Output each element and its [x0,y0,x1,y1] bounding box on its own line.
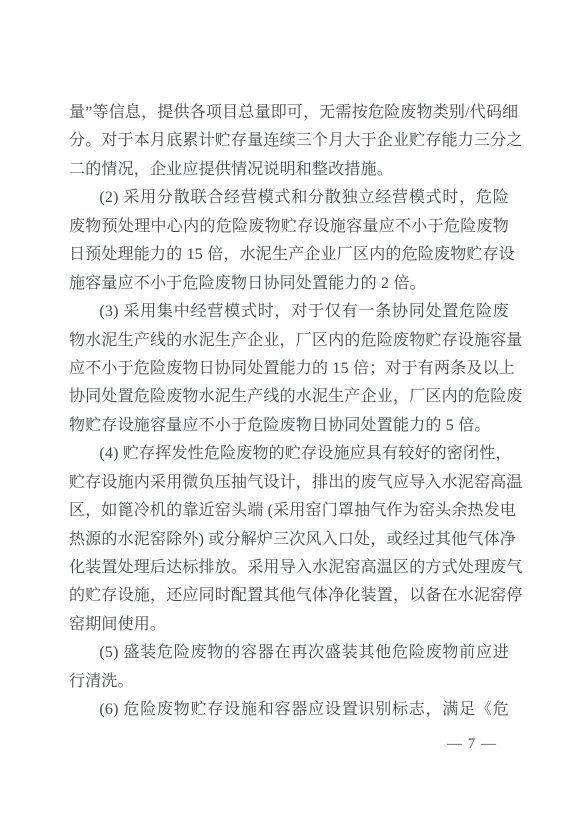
text-line: 二的情况，企业应提供情况说明和整改措施。 [69,156,509,184]
paragraph-item-4: (4) 贮存挥发性危险废物的贮存设施应具有较好的密闭性， 贮存设施内采用微负压抽… [69,440,509,639]
text-line: (4) 贮存挥发性危险废物的贮存设施应具有较好的密闭性， [69,440,509,468]
text-line: 贮存设施内采用微负压抽气设计，排出的废气应导入水泥窑高温 [69,469,509,497]
text-line: 热源的水泥窑除外) 或分解炉三次风入口处，或经过其他气体净 [69,526,509,554]
paragraph-item-6: (6) 危险废物贮存设施和容器应设置识别标志，满足《危 [69,696,509,724]
page-number: — 7 — [447,736,497,753]
paragraph-item-3: (3) 采用集中经营模式时，对于仅有一条协同处置危险废 物水泥生产线的水泥生产企… [69,298,509,440]
document-page: 量”等信息，提供各项目总量即可，无需按危险废物类别/代码细 分。对于本月底累计贮… [0,0,578,818]
text-line: (3) 采用集中经营模式时，对于仅有一条协同处置危险废 [69,298,509,326]
paragraph-item-5: (5) 盛装危险废物的容器在再次盛装其他危险废物前应进 行清洗。 [69,639,509,696]
text-line: 行清洗。 [69,668,509,696]
text-line: 日预处理能力的 15 倍，水泥生产企业厂区内的危险废物贮存设 [69,241,509,269]
text-line: (2) 采用分散联合经营模式和分散独立经营模式时，危险 [69,184,509,212]
text-line: 分。对于本月底累计贮存量连续三个月大于企业贮存能力三分之 [69,127,509,155]
text-line: 量”等信息，提供各项目总量即可，无需按危险废物类别/代码细 [69,99,509,127]
paragraph-item-2: (2) 采用分散联合经营模式和分散独立经营模式时，危险 废物预处理中心内的危险废… [69,184,509,298]
text-line: (6) 危险废物贮存设施和容器应设置识别标志，满足《危 [69,696,509,724]
text-line: 施容量应不小于危险废物日协同处置能力的 2 倍。 [69,270,509,298]
text-line: 化装置处理后达标排放。采用导入水泥窑高温区的方式处理废气 [69,554,509,582]
text-line: 协同处置危险废物水泥生产线的水泥生产企业，厂区内的危险废 [69,383,509,411]
paragraph-continued: 量”等信息，提供各项目总量即可，无需按危险废物类别/代码细 分。对于本月底累计贮… [69,99,509,184]
document-body: 量”等信息，提供各项目总量即可，无需按危险废物类别/代码细 分。对于本月底累计贮… [69,99,509,725]
text-line: 窑期间使用。 [69,611,509,639]
text-line: 物水泥生产线的水泥生产企业，厂区内的危险废物贮存设施容量 [69,327,509,355]
text-line: 的贮存设施，还应同时配置其他气体净化装置，以备在水泥窑停 [69,582,509,610]
text-line: 应不小于危险废物日协同处置能力的 15 倍；对于有两条及以上 [69,355,509,383]
text-line: 废物预处理中心内的危险废物贮存设施容量应不小于危险废物 [69,213,509,241]
text-line: 区，如篦冷机的靠近窑头端 (采用窑门罩抽气作为窑头余热发电 [69,497,509,525]
text-line: (5) 盛装危险废物的容器在再次盛装其他危险废物前应进 [69,639,509,667]
text-line: 物贮存设施容量应不小于危险废物日协同处置能力的 5 倍。 [69,412,509,440]
